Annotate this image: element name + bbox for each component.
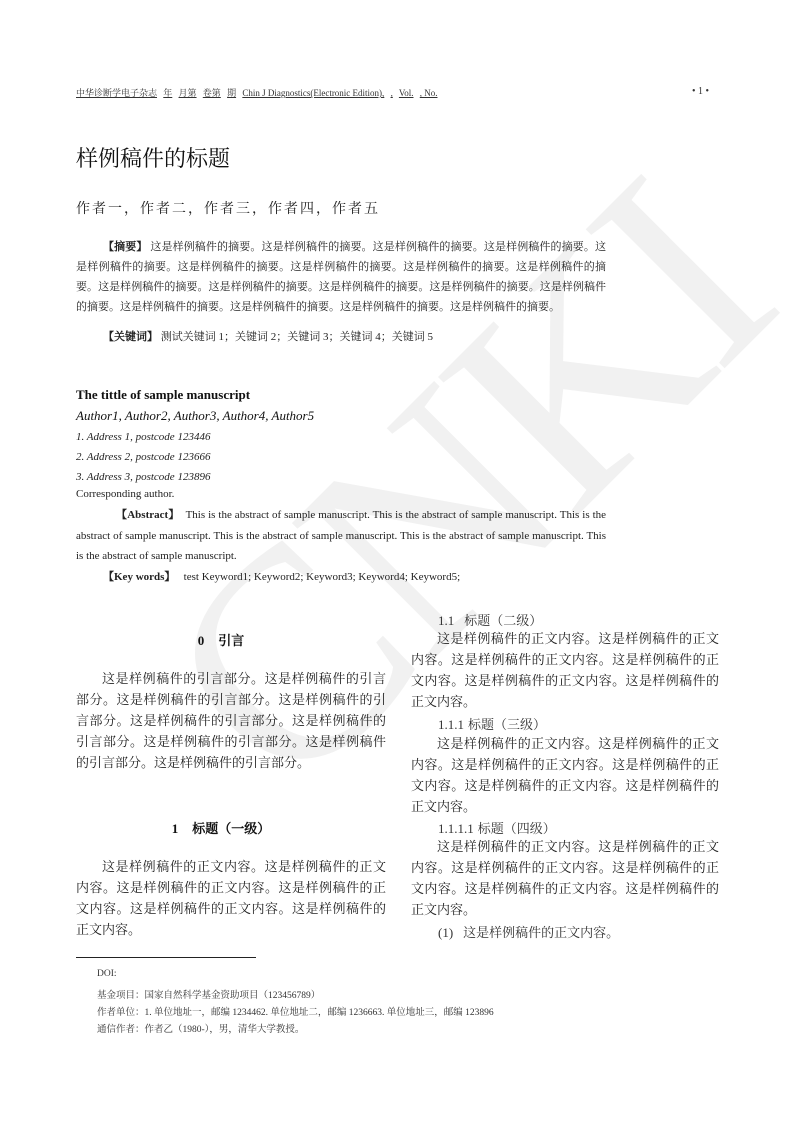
section-heading-1-1: 1.1标题（二级）	[438, 610, 542, 629]
keywords-cn-text: 测试关键词 1；关键词 2；关键词 3；关键词 4；关键词 5	[161, 331, 433, 343]
keywords-en-text: test Keyword1; Keyword2; Keyword3; Keywo…	[184, 571, 460, 583]
abstract-en-label: 【Abstract】	[116, 509, 180, 521]
corresponding-author: Corresponding author.	[76, 488, 174, 500]
abstract-en: 【Abstract】 This is the abstract of sampl…	[76, 505, 606, 567]
footnote-fund: 基金项目：国家自然科学基金资助项目（123456789）	[97, 987, 320, 1001]
section-1-1-1-text: 这是样例稿件的正文内容。这是样例稿件的正文内容。这是样例稿件的正文内容。这是样例…	[411, 733, 719, 817]
keywords-cn: 【关键词】 测试关键词 1；关键词 2；关键词 3；关键词 4；关键词 5	[103, 328, 433, 344]
journal-name-en: Chin J Diagnostics(Electronic Edition),	[242, 88, 384, 98]
section-number: 1	[172, 821, 179, 836]
section-number: 1.1.1	[438, 717, 464, 732]
address-2: 2. Address 2, postcode 123666	[76, 451, 210, 463]
list-item-1: (1)这是样例稿件的正文内容。	[438, 922, 619, 941]
section-title: 标题（二级）	[464, 613, 542, 628]
header-sep: ,	[391, 88, 393, 98]
section-heading-1-1-1-1: 1.1.1.1标题（四级）	[438, 818, 556, 837]
abstract-cn: 【摘要】 这是样例稿件的摘要。这是样例稿件的摘要。这是样例稿件的摘要。这是样例稿…	[76, 237, 606, 317]
section-1-1-text: 这是样例稿件的正文内容。这是样例稿件的正文内容。这是样例稿件的正文内容。这是样例…	[411, 628, 719, 712]
footnote-correspondence: 通信作者：作者乙（1980-），男，清华大学教授。	[97, 1021, 304, 1035]
footnote-divider	[76, 957, 256, 958]
header-issue-cn: 期	[227, 88, 236, 98]
header-vol: Vol.	[399, 88, 414, 98]
authors-en: Author1, Author2, Author3, Author4, Auth…	[76, 408, 314, 424]
section-heading-1: 1标题（一级）	[56, 818, 386, 837]
section-title: 标题（一级）	[192, 822, 270, 837]
abstract-cn-label: 【摘要】	[103, 240, 147, 253]
section-number: 1.1.1.1	[438, 821, 474, 836]
section-heading-0: 0引言	[56, 630, 386, 649]
list-number: (1)	[438, 925, 453, 940]
section-heading-1-1-1: 1.1.1标题（三级）	[438, 714, 546, 733]
running-header: 中华诊断学电子杂志 年 月第 卷第 期 Chin J Diagnostics(E…	[76, 86, 442, 99]
address-1: 1. Address 1, postcode 123446	[76, 431, 210, 443]
keywords-en: 【Key words】 test Keyword1; Keyword2; Key…	[103, 568, 460, 584]
section-title: 标题（四级）	[478, 821, 556, 836]
keywords-cn-label: 【关键词】	[103, 330, 158, 343]
authors-cn: 作者一，作者二，作者三，作者四，作者五	[76, 198, 380, 218]
footnote-affiliation: 作者单位：1. 单位地址一，邮编 1234462. 单位地址二，邮编 12366…	[97, 1004, 494, 1018]
section-title: 标题（三级）	[468, 717, 546, 732]
header-no: , No.	[420, 88, 438, 98]
header-month: 月第	[179, 88, 197, 98]
list-text: 这是样例稿件的正文内容。	[463, 925, 619, 940]
keywords-en-label: 【Key words】	[103, 571, 175, 583]
section-0-text: 这是样例稿件的引言部分。这是样例稿件的引言部分。这是样例稿件的引言部分。这是样例…	[76, 668, 386, 773]
section-1-1-1-1-text: 这是样例稿件的正文内容。这是样例稿件的正文内容。这是样例稿件的正文内容。这是样例…	[411, 836, 719, 920]
abstract-cn-text: 这是样例稿件的摘要。这是样例稿件的摘要。这是样例稿件的摘要。这是样例稿件的摘要。…	[76, 241, 606, 313]
paper-title-cn: 样例稿件的标题	[76, 142, 230, 173]
section-1-text: 这是样例稿件的正文内容。这是样例稿件的正文内容。这是样例稿件的正文内容。这是样例…	[76, 856, 386, 940]
section-title: 引言	[218, 634, 244, 649]
page-number: • 1 •	[692, 86, 709, 97]
section-number: 1.1	[438, 613, 454, 628]
address-3: 3. Address 3, postcode 123896	[76, 471, 210, 483]
header-volume-cn: 卷第	[203, 88, 221, 98]
header-year: 年	[163, 88, 172, 98]
journal-name-cn: 中华诊断学电子杂志	[76, 88, 157, 98]
footnote-doi: DOI:	[97, 969, 117, 979]
paper-title-en: The tittle of sample manuscript	[76, 387, 250, 403]
section-number: 0	[198, 633, 205, 648]
